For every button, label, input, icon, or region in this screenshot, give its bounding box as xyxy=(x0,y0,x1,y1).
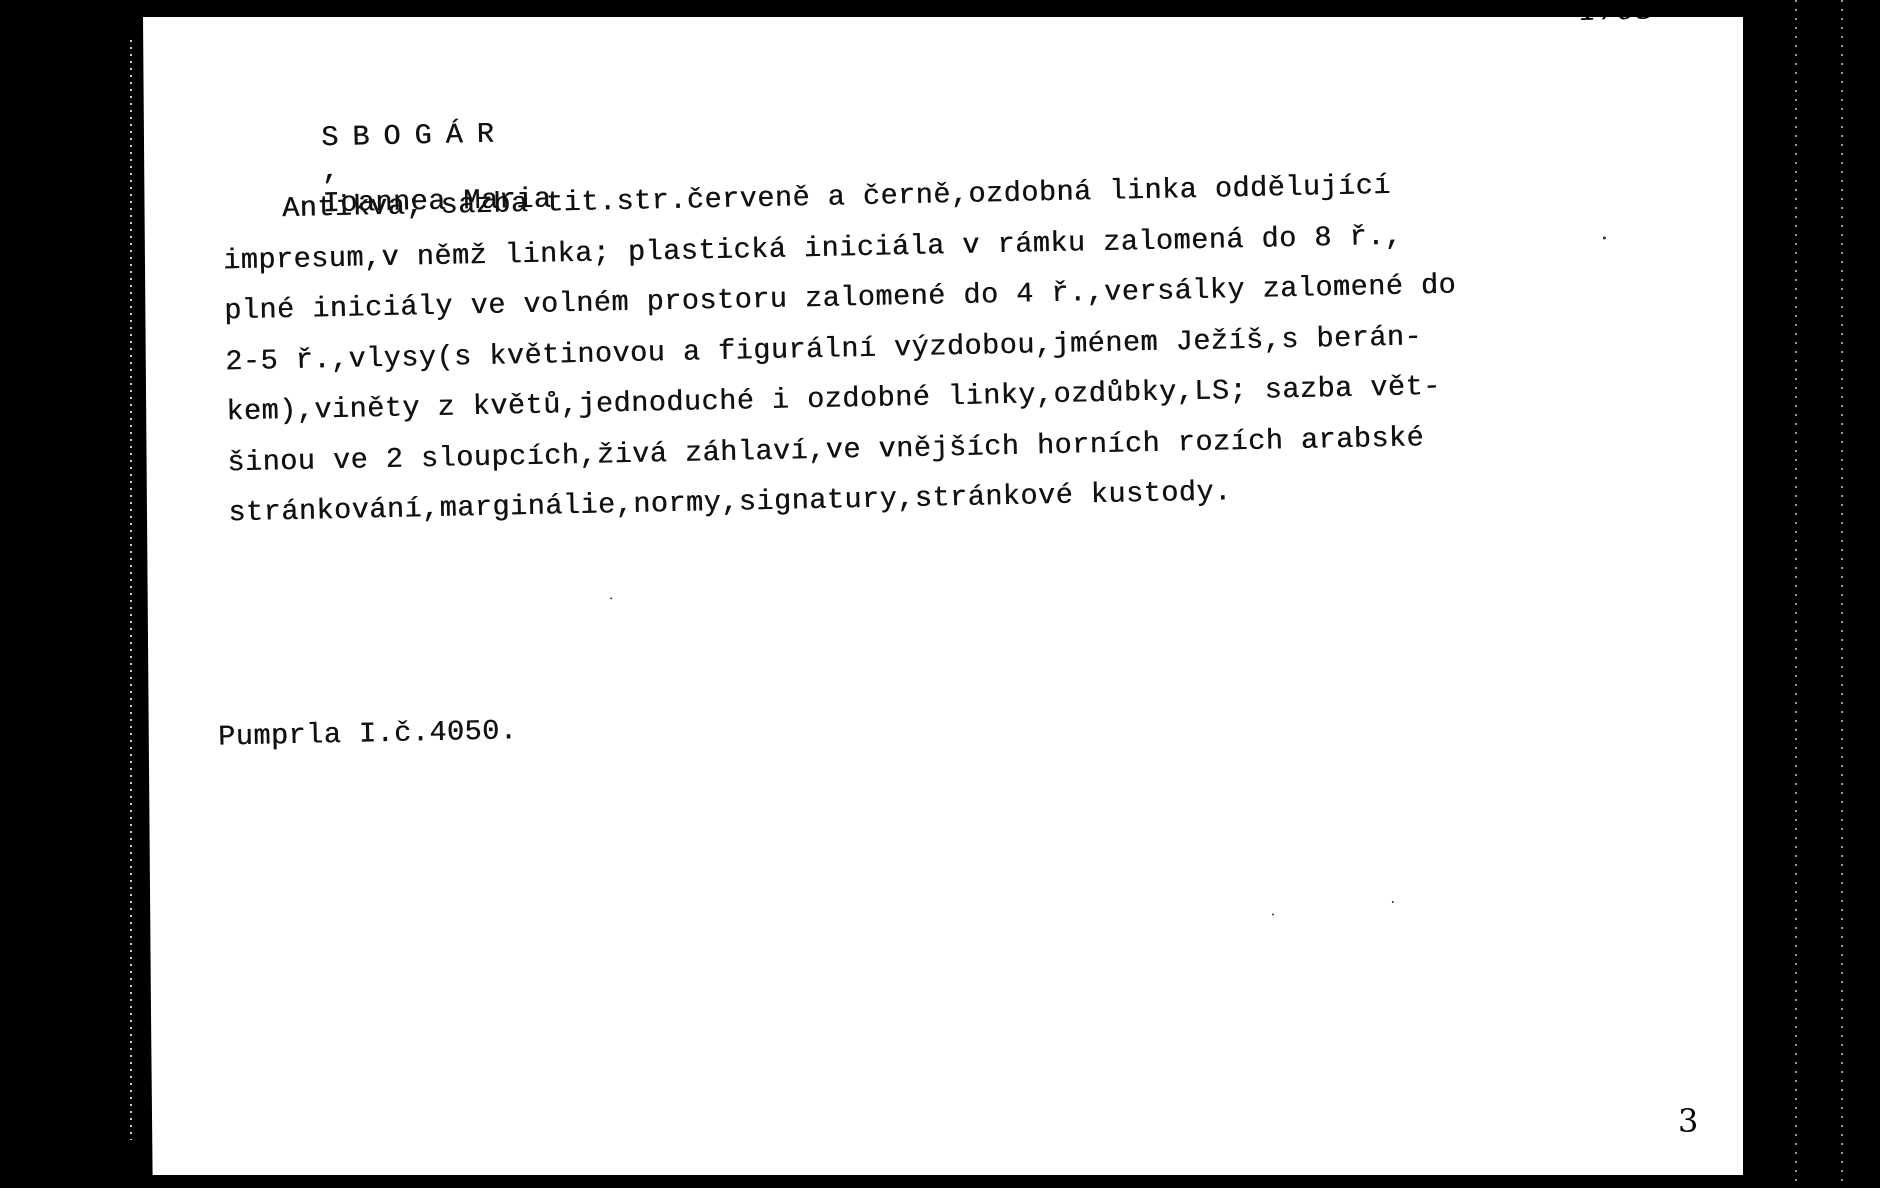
scan-edge-artifact xyxy=(1841,0,1843,1188)
heading-surname: SBOGÁR xyxy=(321,117,508,154)
handwritten-catalog-number: 1708 xyxy=(1577,0,1658,29)
scan-edge-artifact xyxy=(1795,0,1797,1188)
bibliographic-reference: Pumprla I.č.4050. xyxy=(218,714,518,753)
scan-speck xyxy=(1603,236,1606,239)
scan-speck xyxy=(1392,901,1394,903)
handwritten-sequence-number: 3 xyxy=(1678,1102,1695,1140)
scan-edge-artifact xyxy=(130,40,132,1140)
card-description: Antikva; sazba tit.str.červeně a černě,o… xyxy=(222,160,1461,539)
scan-speck xyxy=(1272,914,1274,916)
catalog-card: 1708 SBOGÁR , Ioannea Maria Antikva; saz… xyxy=(143,17,1743,1175)
scan-speck xyxy=(610,597,612,599)
card-content: 1708 SBOGÁR , Ioannea Maria Antikva; saz… xyxy=(143,0,1767,1175)
